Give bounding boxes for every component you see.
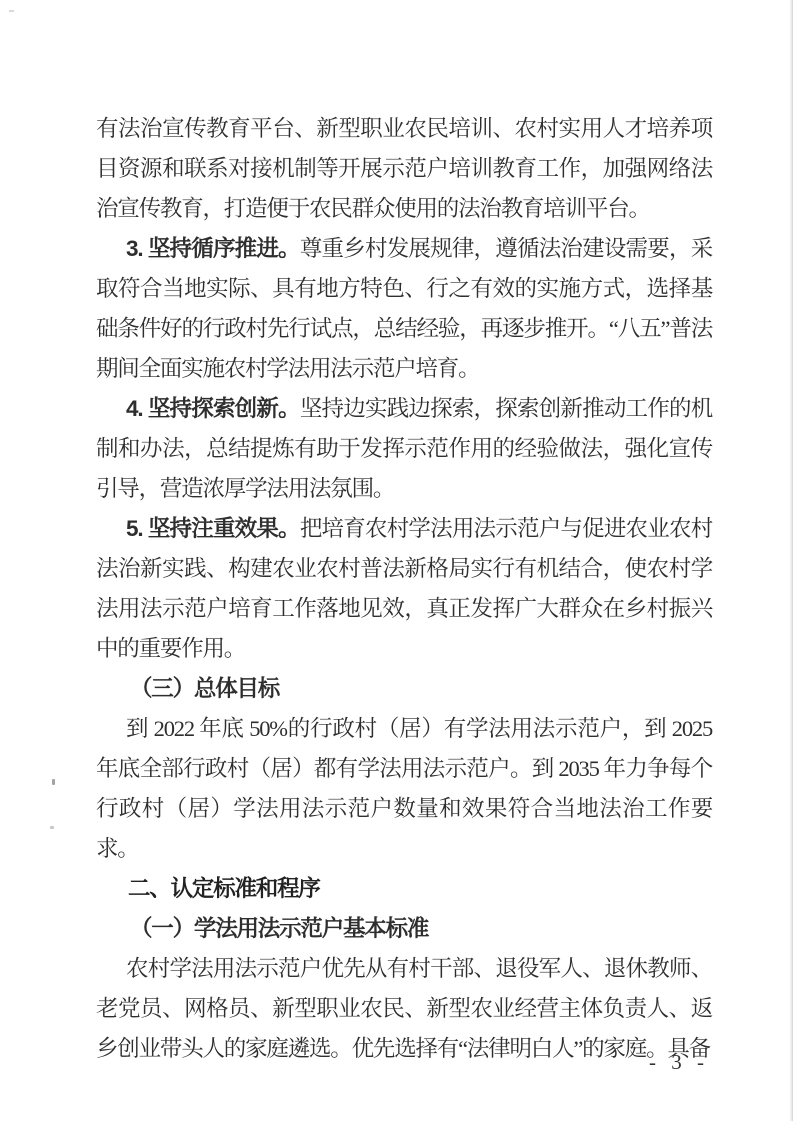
paragraph-continuation: 有法治宣传教育平台、新型职业农民培训、农村实用人才培养项目资源和联系对接机制等开… xyxy=(96,109,712,229)
document-content: 有法治宣传教育平台、新型职业农民培训、农村实用人才培养项目资源和联系对接机制等开… xyxy=(96,109,712,1069)
section-heading-standards-procedures: 二、认定标准和程序 xyxy=(96,869,712,909)
document-page: 有法治宣传教育平台、新型职业农民培训、农村实用人才培养项目资源和联系对接机制等开… xyxy=(0,0,793,1121)
scan-edge-shadow xyxy=(789,0,793,1121)
principle-4-paragraph: 4. 坚持探索创新。坚持边实践边探索，探索创新推动工作的机制和办法，总结提炼有助… xyxy=(96,389,712,509)
principle-3-paragraph: 3. 坚持循序推进。尊重乡村发展规律，遵循法治建设需要，采取符合当地实际、具有地… xyxy=(96,229,712,389)
overall-goals-paragraph: 到 2022 年底 50%的行政村（居）有学法用法示范户，到 2025 年底全部… xyxy=(96,709,712,869)
principle-4-lead: 4. 坚持探索创新。 xyxy=(126,396,300,421)
scan-speck xyxy=(9,10,14,12)
page-number: - 3 - xyxy=(649,1050,709,1075)
scan-speck xyxy=(50,826,54,829)
principle-5-paragraph: 5. 坚持注重效果。把培育农村学法用法示范户与促进农业农村法治新实践、构建农业农… xyxy=(96,509,712,669)
scan-speck xyxy=(52,779,55,785)
basic-standards-paragraph: 农村学法用法示范户优先从有村干部、退役军人、退休教师、老党员、网格员、新型职业农… xyxy=(96,949,712,1069)
principle-3-lead: 3. 坚持循序推进。 xyxy=(126,236,300,261)
subsection-heading-basic-standards: （一）学法用法示范户基本标准 xyxy=(96,909,712,949)
principle-5-lead: 5. 坚持注重效果。 xyxy=(126,516,300,541)
section-heading-overall-goals: （三）总体目标 xyxy=(96,669,712,709)
